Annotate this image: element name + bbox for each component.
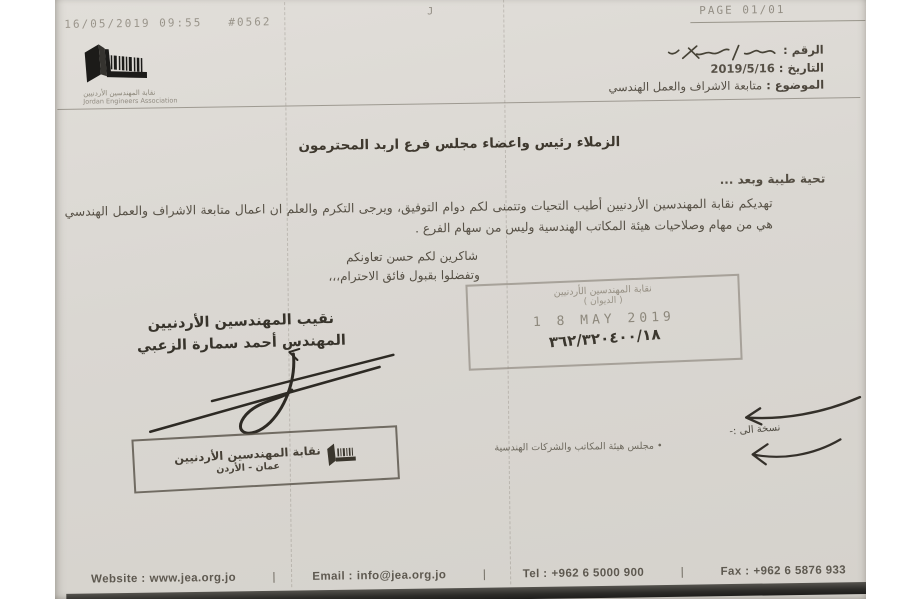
fax-timestamp-text: 16/05/2019 09:55	[64, 16, 202, 31]
footer-email: Email :info@jea.org.jo	[312, 569, 446, 583]
footer-website-label: Website :	[91, 573, 146, 586]
fax-number: #0562	[228, 15, 271, 29]
fax-stray-mark: J	[427, 6, 433, 17]
ref-row: الرقم :	[608, 40, 824, 63]
footer-separator: |	[681, 566, 685, 578]
footer-contacts: Website :www.jea.org.jo | Email :info@je…	[91, 564, 846, 585]
footer-email-label: Email :	[312, 570, 353, 582]
letter-addressee: الزملاء رئيس واعضاء مجلس فرع اربد المحتر…	[55, 131, 865, 157]
footer-fax-label: Fax :	[721, 565, 750, 577]
date-value: 2019/5/16	[710, 60, 775, 78]
footer-tel-label: Tel :	[523, 568, 548, 580]
scanned-fax-document: 16/05/2019 09:55#0562 J PAGE 01/01	[0, 0, 900, 599]
footer-fax-value: +962 6 5876 933	[753, 564, 846, 577]
subject-value: متابعة الاشراف والعمل الهندسي	[608, 77, 762, 96]
handwritten-ref-scribble	[659, 40, 779, 61]
footer-tel-value: +962 6 5000 900	[551, 567, 644, 580]
registry-stamp: نقابة المهندسين الأردنيين ( الديوان ) 1 …	[465, 274, 742, 371]
scan-edge-strip	[66, 582, 866, 599]
footer-tel: Tel :+962 6 5000 900	[523, 567, 645, 580]
fax-header-underline	[690, 20, 865, 23]
scanned-page: 16/05/2019 09:55#0562 J PAGE 01/01	[55, 0, 866, 599]
letter-greeting: تحية طيبة وبعد ...	[720, 172, 826, 187]
footer-email-value: info@jea.org.jo	[357, 569, 447, 582]
subject-row: الموضوع : متابعة الاشراف والعمل الهندسي	[608, 77, 824, 97]
jea-logo-icon	[83, 42, 154, 87]
letter-body: تهديكم نقابة المهندسين الأردنيين أطيب ال…	[65, 193, 773, 244]
footer-website: Website :www.jea.org.jo	[91, 572, 236, 586]
ref-label: الرقم :	[783, 41, 824, 58]
fax-timestamp: 16/05/2019 09:55#0562	[64, 15, 271, 31]
copy-to-item: • مجلس هيئة المكاتب والشركات الهندسية	[494, 441, 662, 454]
footer-fax: Fax :+962 6 5876 933	[721, 564, 847, 578]
letter-meta: الرقم : التاريخ : 2019/5/16 الموضوع : مت…	[608, 40, 824, 97]
footer-separator: |	[272, 571, 276, 583]
paper-fold-line	[284, 2, 292, 587]
subject-label: الموضوع :	[766, 77, 824, 95]
letterhead-org-english: Jordan Engineers Association	[83, 96, 233, 106]
letterhead: نقابة المهندسين الأردنيين Jordan Enginee…	[83, 41, 234, 106]
office-stamp-logo-icon	[326, 441, 357, 469]
date-label: التاريخ :	[779, 60, 824, 78]
footer-website-value: www.jea.org.jo	[150, 572, 236, 585]
footer-separator: |	[483, 569, 487, 581]
fax-page-counter: PAGE 01/01	[699, 3, 785, 17]
